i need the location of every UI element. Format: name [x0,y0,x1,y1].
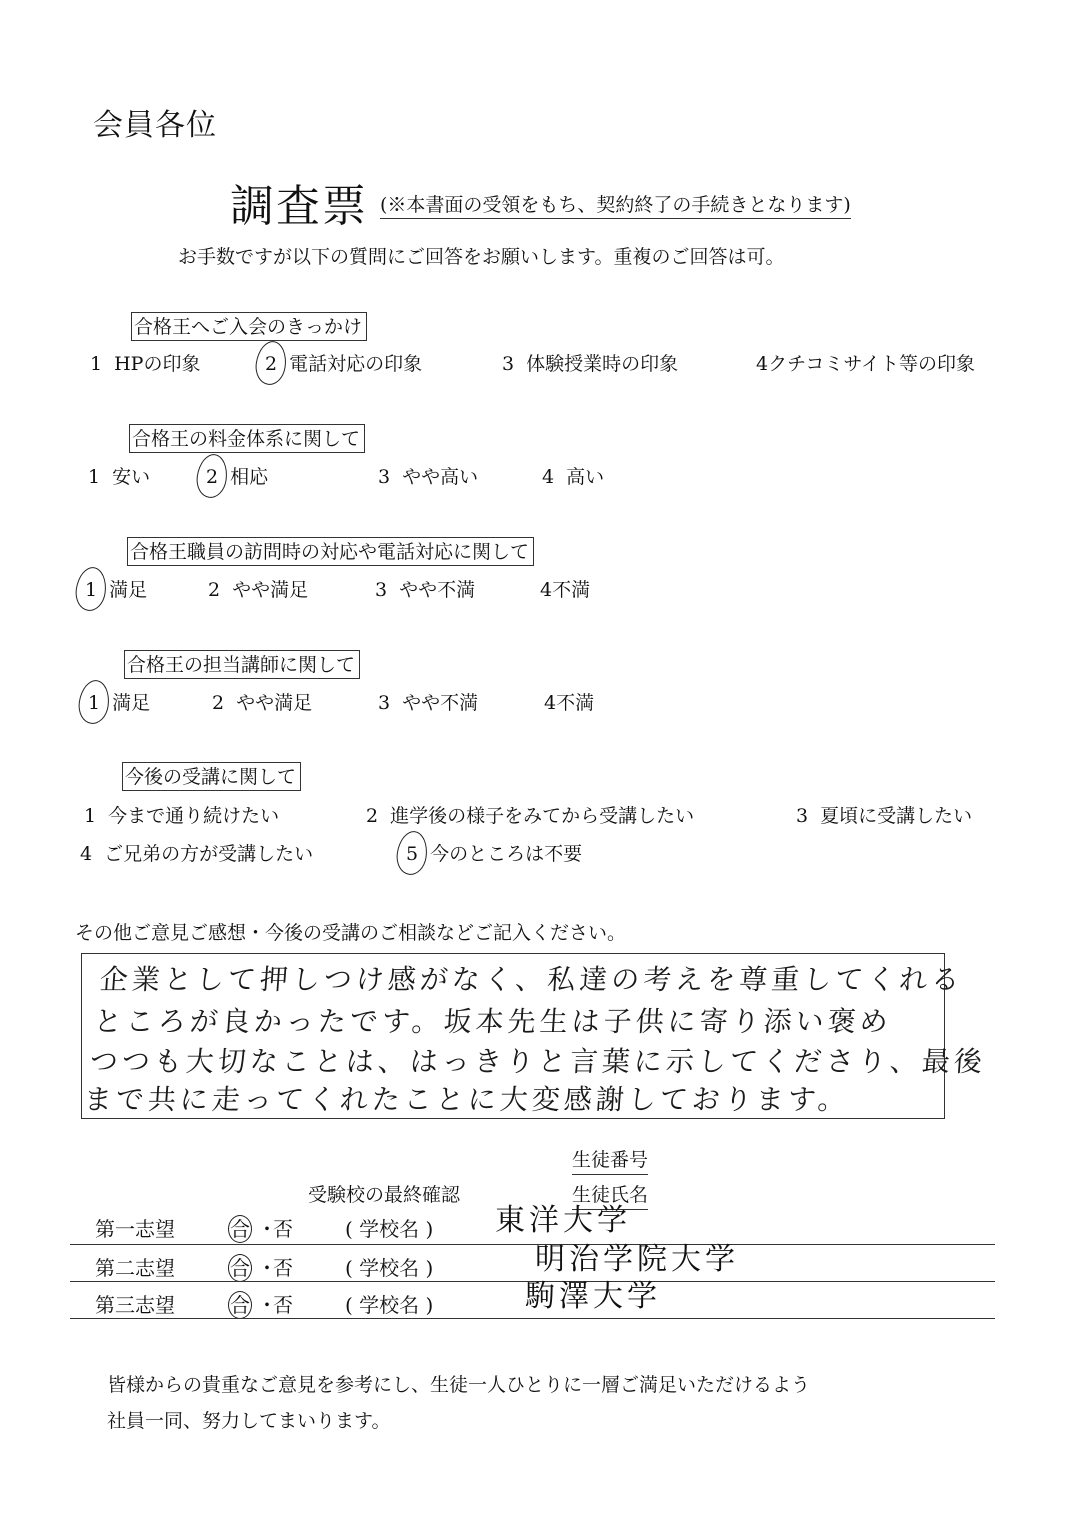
title-note: (※本書面の受領をもち、契約終了の手続きとなります) [380,190,851,219]
q3-option-3[interactable]: 3やや不満 [375,576,475,604]
school-name[interactable]: 東洋大学 [495,1206,631,1236]
fail-option[interactable]: 否 [273,1253,293,1283]
choice-rank: 第三志望 [95,1290,175,1320]
selected-circle-icon: 5 [406,840,418,868]
q5-option-5[interactable]: 5今のところは不要 [406,840,582,868]
q3-option-2[interactable]: 2やや満足 [208,576,308,604]
question-4-options: 1満足 2やや満足 3やや不満 4不満 [88,689,688,717]
comment-box[interactable]: 企業として押しつけ感がなく、私達の考えを尊重してくれる ところが良かったです。坂… [81,953,945,1119]
pass-option[interactable]: 合 [230,1290,252,1320]
q4-option-4[interactable]: 4不満 [544,689,594,717]
q2-option-4[interactable]: 4高い [542,463,604,491]
school-label: ( 学校名 ) [345,1214,433,1244]
comment-line-4: まで共に走ってくれたことに大変感謝しております。 [83,1078,852,1118]
selected-circle-icon: 合 [228,1215,252,1243]
comment-line-3: つつも大切なことは、はっきりと言葉に示してくださり、最後 [89,1040,988,1080]
school-name[interactable]: 明治学院大学 [535,1245,739,1275]
q5-option-1[interactable]: 1今まで通り続けたい [84,802,279,830]
choice-rank: 第一志望 [95,1214,175,1244]
question-3-heading: 合格王職員の訪問時の対応や電話対応に関して [127,537,534,566]
question-1-options: 1HPの印象 2電話対応の印象 3体験授業時の印象 4クチコミサイト等の印象 [90,350,1020,378]
q5-option-2[interactable]: 2進学後の様子をみてから受講したい [366,802,694,830]
student-number-label: 生徒番号 [572,1145,648,1175]
question-2-heading: 合格王の料金体系に関して [129,424,365,453]
school-name[interactable]: 駒澤大学 [525,1282,661,1312]
choice-row-1: 第一志望 合 ・ 否 ( 学校名 ) 東洋大学 [95,1214,995,1244]
question-2-options: 1安い 2相応 3やや高い 4高い [88,463,688,491]
school-label: ( 学校名 ) [345,1290,433,1320]
divider [70,1318,995,1319]
choice-rank: 第二志望 [95,1253,175,1283]
question-5-options-row-2: 4ご兄弟の方が受講したい 5今のところは不要 [80,840,780,868]
question-4-heading: 合格王の担当講師に関して [124,650,360,679]
pass-option[interactable]: 合 [230,1253,252,1283]
selected-circle-icon: 合 [228,1291,252,1319]
selected-circle-icon: 2 [206,463,218,491]
comment-line-1: 企業として押しつけ感がなく、私達の考えを尊重してくれる [99,958,965,998]
q1-option-4[interactable]: 4クチコミサイト等の印象 [756,350,975,378]
q1-option-3[interactable]: 3体験授業時の印象 [502,350,678,378]
question-3-options: 1満足 2やや満足 3やや不満 4不満 [85,576,685,604]
closing-line-2: 社員一同、努力してまいります。 [107,1406,390,1433]
q2-option-1[interactable]: 1安い [88,463,150,491]
divider [70,1244,995,1245]
greeting: 会員各位 [93,100,217,144]
q4-option-1[interactable]: 1満足 [88,689,150,717]
exam-confirmation-title: 受験校の最終確認 [308,1180,460,1207]
q3-option-1[interactable]: 1満足 [85,576,147,604]
q5-option-3[interactable]: 3夏頃に受講したい [796,802,972,830]
fail-option[interactable]: 否 [273,1290,293,1320]
question-1-heading: 合格王へご入会のきっかけ [131,312,367,341]
choice-row-3: 第三志望 合 ・ 否 ( 学校名 ) 駒澤大学 [95,1290,995,1320]
school-label: ( 学校名 ) [345,1253,433,1283]
q1-option-1[interactable]: 1HPの印象 [90,350,200,378]
intro-text: お手数ですが以下の質問にご回答をお願いします。重複のご回答は可。 [178,242,784,269]
fail-option[interactable]: 否 [273,1214,293,1244]
q2-option-3[interactable]: 3やや高い [378,463,478,491]
q2-option-2[interactable]: 2相応 [206,463,268,491]
comment-line-2: ところが良かったです。坂本先生は子供に寄り添い褒め [93,1000,894,1040]
q3-option-4[interactable]: 4不満 [540,576,590,604]
closing-line-1: 皆様からの貴重なご意見を参考にし、生徒一人ひとりに一層ご満足いただけるよう [107,1370,810,1397]
comment-prompt: その他ご意見ご感想・今後の受講のご相談などご記入ください。 [75,918,626,945]
question-5-options-row-1: 1今まで通り続けたい 2進学後の様子をみてから受講したい 3夏頃に受講したい [84,802,1024,830]
q4-option-2[interactable]: 2やや満足 [212,689,312,717]
q1-option-2[interactable]: 2電話対応の印象 [265,350,422,378]
question-5-heading: 今後の受講に関して [122,762,301,791]
selected-circle-icon: 1 [85,576,97,604]
selected-circle-icon: 1 [88,689,100,717]
pass-option[interactable]: 合 [230,1214,252,1244]
q4-option-3[interactable]: 3やや不満 [378,689,478,717]
selected-circle-icon: 合 [228,1254,252,1282]
q5-option-4[interactable]: 4ご兄弟の方が受講したい [80,840,313,868]
page-title: 調査票 [230,170,368,234]
selected-circle-icon: 2 [265,350,277,378]
